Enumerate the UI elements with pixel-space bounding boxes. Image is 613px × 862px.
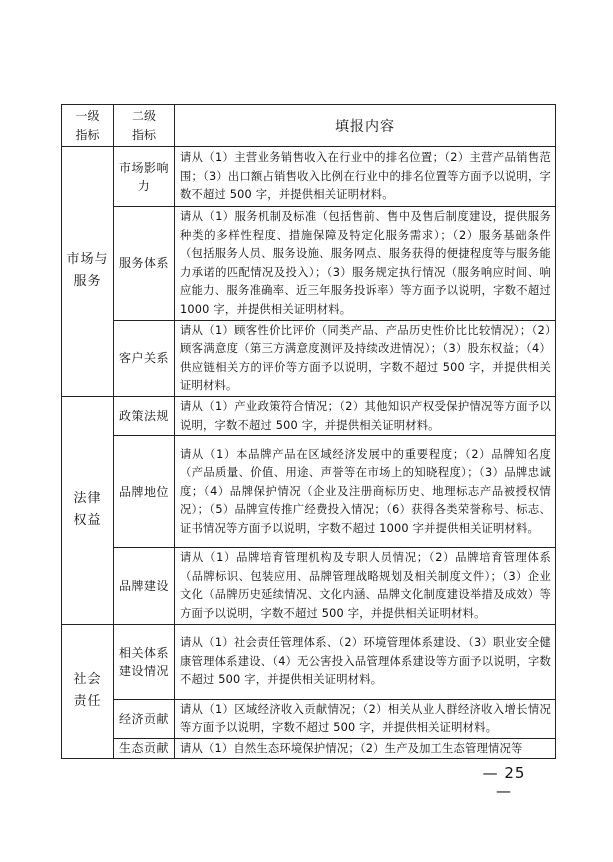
header-level1-line2: 指标	[62, 126, 113, 145]
level2-cell: 服务体系	[114, 207, 175, 321]
header-level2-line2: 指标	[114, 126, 174, 145]
table-row: 市场与 服务 市场影响 力 请从（1）主营业务销售收入在行业中的排名位置；（2）…	[62, 147, 556, 207]
indicator-table: 一级 指标 二级 指标 填报内容 市场与 服务 市场影响 力 请从（1）主营业务…	[61, 104, 556, 759]
table-row: 法律 权益 政策法规 请从（1）产业政策符合情况；（2）其他知识产权受保护情况等…	[62, 396, 556, 435]
level1-label-line2: 权益	[62, 510, 113, 532]
table-row: 品牌建设 请从（1）品牌培育管理机构及专职人员情况；（2）品牌培育管理体系（品牌…	[62, 548, 556, 624]
document-page: 一级 指标 二级 指标 填报内容 市场与 服务 市场影响 力 请从（1）主营业务…	[0, 0, 613, 862]
level1-cell-social-responsibility: 社会 责任	[62, 624, 114, 759]
content-cell: 请从（1）社会责任管理体系、（2）环境管理体系建设、（3）职业安全健康管理体系建…	[175, 624, 556, 699]
level2-cell: 生态贡献	[114, 738, 175, 759]
level1-label-line1: 社会	[62, 669, 113, 691]
page-number: — 25 —	[478, 764, 530, 800]
level2-cell: 客户关系	[114, 320, 175, 396]
level2-label-line2: 建设情况	[114, 662, 174, 680]
level2-cell: 相关体系 建设情况	[114, 624, 175, 699]
level1-label-line2: 服务	[62, 271, 113, 293]
table-row: 社会 责任 相关体系 建设情况 请从（1）社会责任管理体系、（2）环境管理体系建…	[62, 624, 556, 699]
content-cell: 请从（1）服务机制及标准（包括售前、售中及售后制度建设，提供服务种类的多样性程度…	[175, 207, 556, 321]
table-row: 品牌地位 请从（1）本品牌产品在区域经济发展中的重要程度；（2）品牌知名度（产品…	[62, 436, 556, 548]
table-row: 生态贡献 请从（1）自然生态环境保护情况；（2）生产及加工生态管理情况等	[62, 738, 556, 759]
table-header-row: 一级 指标 二级 指标 填报内容	[62, 105, 556, 147]
table-row: 客户关系 请从（1）顾客性价比评价（同类产品、产品历史性价比比较情况）；（2）顾…	[62, 320, 556, 396]
content-cell: 请从（1）顾客性价比评价（同类产品、产品历史性价比比较情况）；（2）顾客满意度（…	[175, 320, 556, 396]
header-level1-line1: 一级	[62, 107, 113, 126]
level1-cell-legal-rights: 法律 权益	[62, 396, 114, 624]
header-level2-line1: 二级	[114, 107, 174, 126]
header-content: 填报内容	[175, 105, 556, 147]
header-level1: 一级 指标	[62, 105, 114, 147]
content-cell: 请从（1）品牌培育管理机构及专职人员情况；（2）品牌培育管理体系（品牌标识、包装…	[175, 548, 556, 624]
level2-cell: 经济贡献	[114, 699, 175, 738]
level2-cell: 政策法规	[114, 396, 175, 435]
level2-label-line1: 市场影响	[114, 159, 174, 177]
level2-label-line1: 相关体系	[114, 644, 174, 662]
header-level2: 二级 指标	[114, 105, 175, 147]
level1-cell-market-service: 市场与 服务	[62, 147, 114, 397]
content-cell: 请从（1）自然生态环境保护情况；（2）生产及加工生态管理情况等	[175, 738, 556, 759]
level2-cell: 品牌地位	[114, 436, 175, 548]
level2-label-line2: 力	[114, 177, 174, 195]
content-cell: 请从（1）区域经济收入贡献情况；（2）相关从业人群经济收入增长情况等方面予以说明…	[175, 699, 556, 738]
level2-cell: 品牌建设	[114, 548, 175, 624]
level1-label-line2: 责任	[62, 691, 113, 713]
table-row: 服务体系 请从（1）服务机制及标准（包括售前、售中及售后制度建设，提供服务种类的…	[62, 207, 556, 321]
content-cell: 请从（1）本品牌产品在区域经济发展中的重要程度；（2）品牌知名度（产品质量、价值…	[175, 436, 556, 548]
level1-label-line1: 法律	[62, 488, 113, 510]
content-cell: 请从（1）主营业务销售收入在行业中的排名位置；（2）主营产品销售范围；（3）出口…	[175, 147, 556, 207]
level2-cell: 市场影响 力	[114, 147, 175, 207]
table-row: 经济贡献 请从（1）区域经济收入贡献情况；（2）相关从业人群经济收入增长情况等方…	[62, 699, 556, 738]
level1-label-line1: 市场与	[62, 249, 113, 271]
content-cell: 请从（1）产业政策符合情况；（2）其他知识产权受保护情况等方面予以说明，字数不超…	[175, 396, 556, 435]
